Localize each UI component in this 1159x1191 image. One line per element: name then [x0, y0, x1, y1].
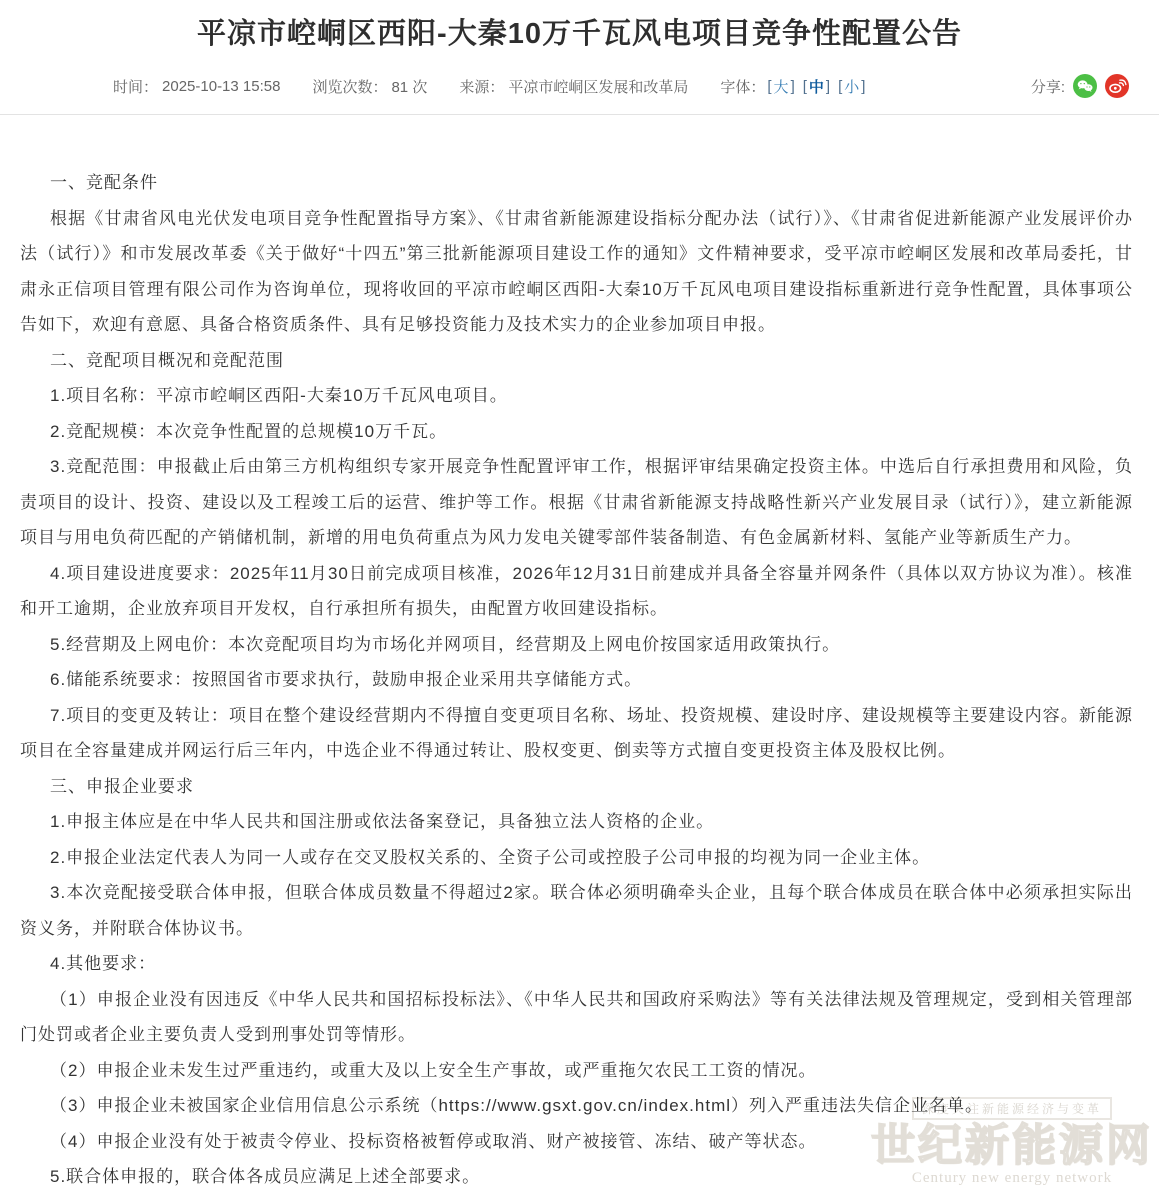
meta-views: 浏览次数： 81 次	[312, 76, 427, 97]
meta-source-value: 平凉市崆峒区发展和改革局	[508, 76, 688, 97]
paragraph: （3）申报企业未被国家企业信用信息公示系统（https://www.gsxt.g…	[20, 1088, 1133, 1124]
meta-views-value: 81 次	[391, 76, 427, 97]
paragraph: 5.经营期及上网电价：本次竞配项目均为市场化并网项目，经营期及上网电价按国家适用…	[20, 627, 1133, 663]
font-size-large-button[interactable]: [大]	[765, 76, 796, 97]
meta-source-label: 来源：	[459, 76, 504, 97]
paragraph: 3.本次竞配接受联合体申报，但联合体成员数量不得超过2家。联合体必须明确牵头企业…	[20, 875, 1133, 946]
paragraph: 2.竞配规模：本次竞争性配置的总规模10万千瓦。	[20, 414, 1133, 450]
paragraph: 7.项目的变更及转让：项目在整个建设经营期内不得擅自变更项目名称、场址、投资规模…	[20, 698, 1133, 769]
paragraph: 3.竞配范围：申报截止后由第三方机构组织专家开展竞争性配置评审工作，根据评审结果…	[20, 449, 1133, 556]
paragraph: 1.申报主体应是在中华人民共和国注册或依法备案登记，具备独立法人资格的企业。	[20, 804, 1133, 840]
paragraph: 三、申报企业要求	[20, 769, 1133, 805]
article-body: 一、竞配条件根据《甘肃省风电光伏发电项目竞争性配置指导方案》、《甘肃省新能源建设…	[0, 123, 1159, 1191]
header-divider	[0, 114, 1159, 115]
meta-time-label: 时间：	[113, 76, 158, 97]
wechat-icon[interactable]	[1073, 74, 1097, 98]
font-size-label: 字体：	[720, 76, 765, 97]
paragraph: 5.联合体申报的，联合体各成员应满足上述全部要求。	[20, 1159, 1133, 1191]
font-size-small-button[interactable]: [小]	[836, 76, 867, 97]
paragraph: 一、竞配条件	[20, 165, 1133, 201]
paragraph: （2）申报企业未发生过严重违约，或重大及以上安全生产事故，或严重拖欠农民工工资的…	[20, 1053, 1133, 1089]
meta-bar: 时间： 2025-10-13 15:58 浏览次数： 81 次 来源： 平凉市崆…	[0, 71, 1159, 101]
paragraph: 根据《甘肃省风电光伏发电项目竞争性配置指导方案》、《甘肃省新能源建设指标分配办法…	[20, 201, 1133, 343]
meta-views-label: 浏览次数：	[312, 76, 387, 97]
paragraph: 6.储能系统要求：按照国省市要求执行，鼓励申报企业采用共享储能方式。	[20, 662, 1133, 698]
paragraph: 4.其他要求：	[20, 946, 1133, 982]
announcement-page: 平凉市崆峒区西阳-大秦10万千瓦风电项目竞争性配置公告 时间： 2025-10-…	[0, 0, 1159, 1191]
meta-source: 来源： 平凉市崆峒区发展和改革局	[459, 76, 688, 97]
meta-time: 时间： 2025-10-13 15:58	[113, 76, 280, 97]
paragraph: 1.项目名称：平凉市崆峒区西阳-大秦10万千瓦风电项目。	[20, 378, 1133, 414]
paragraph: （4）申报企业没有处于被责令停业、投标资格被暂停或取消、财产被接管、冻结、破产等…	[20, 1124, 1133, 1160]
font-size-medium-button[interactable]: [中]	[801, 76, 832, 97]
share-label: 分享:	[1031, 76, 1065, 97]
font-size-options: [大][中][小]	[765, 76, 871, 97]
page-title: 平凉市崆峒区西阳-大秦10万千瓦风电项目竞争性配置公告	[0, 0, 1159, 55]
meta-time-value: 2025-10-13 15:58	[162, 78, 280, 95]
paragraph: 二、竞配项目概况和竞配范围	[20, 343, 1133, 379]
meta-font-size: 字体： [大][中][小]	[720, 76, 871, 97]
weibo-icon[interactable]	[1105, 74, 1129, 98]
paragraph: 2.申报企业法定代表人为同一人或存在交叉股权关系的、全资子公司或控股子公司申报的…	[20, 840, 1133, 876]
share-group: 分享:	[1031, 74, 1129, 98]
paragraph: 4.项目建设进度要求：2025年11月30日前完成项目核准，2026年12月31…	[20, 556, 1133, 627]
paragraph: （1）申报企业没有因违反《中华人民共和国招标投标法》、《中华人民共和国政府采购法…	[20, 982, 1133, 1053]
